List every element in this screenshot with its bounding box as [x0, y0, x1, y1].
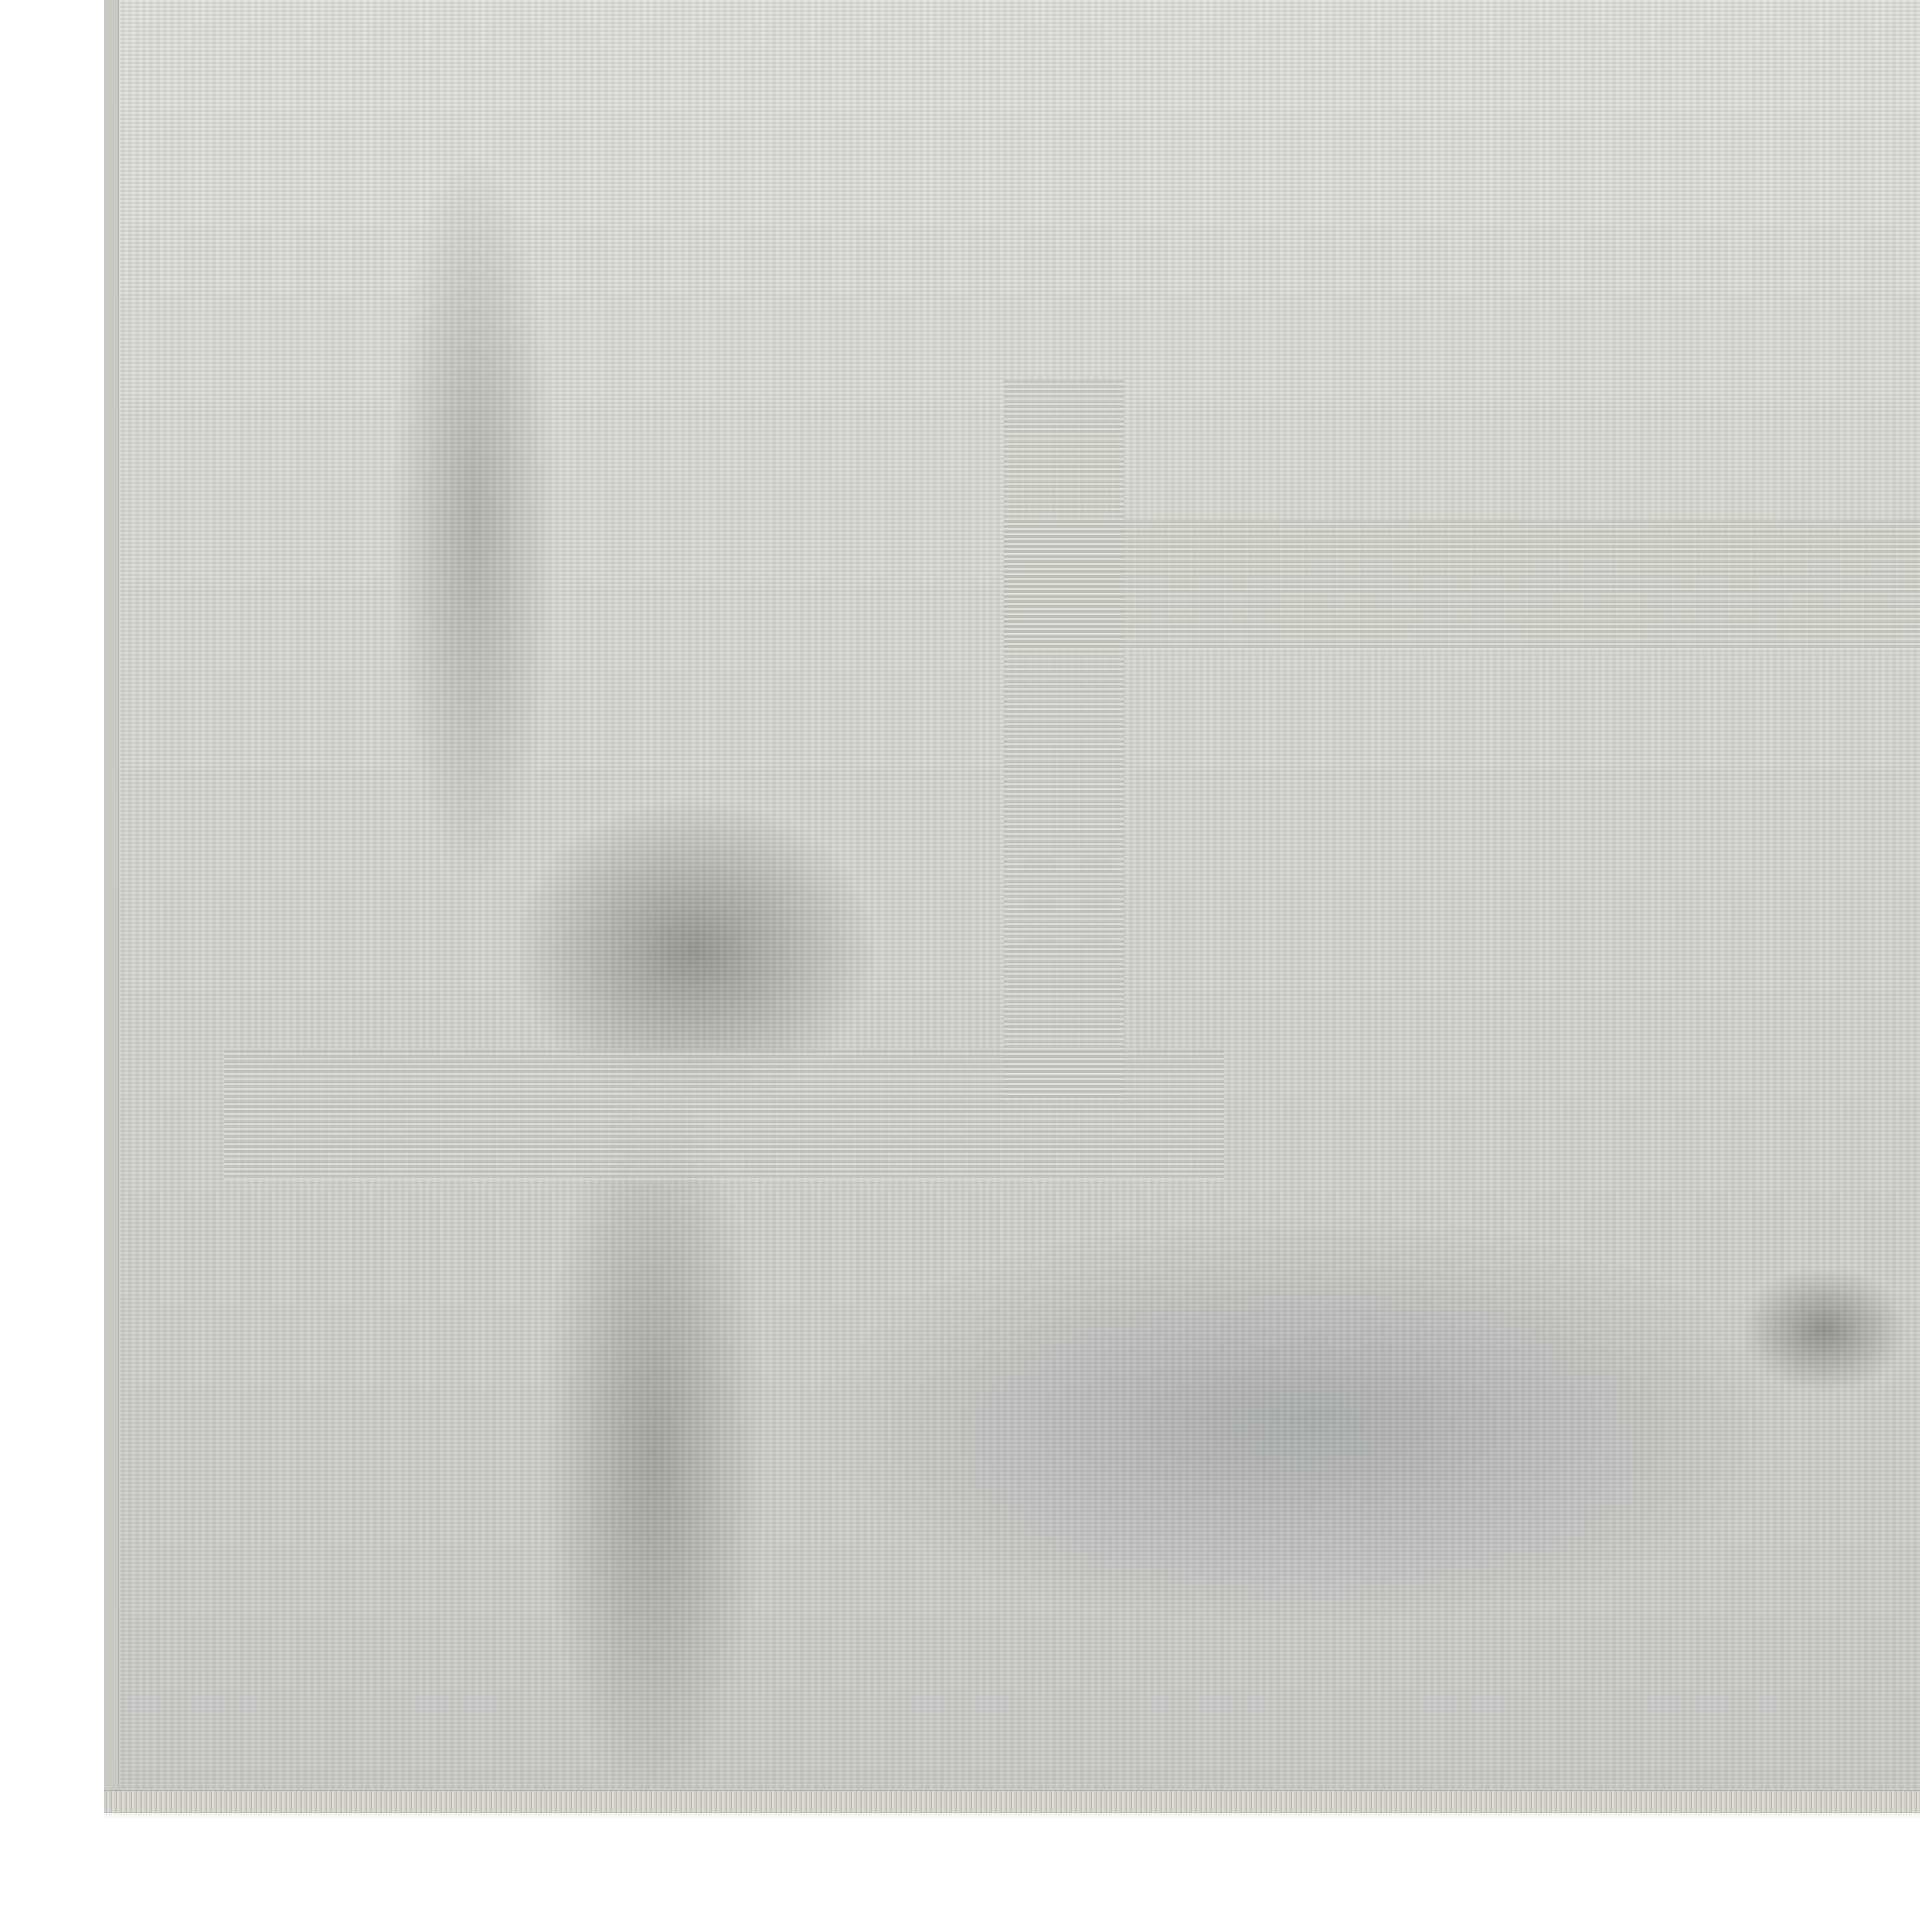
ribbed-band: [1004, 380, 1124, 1100]
rug-side-binding: [104, 0, 119, 1790]
rug-photo: [104, 0, 1920, 1790]
rug-shadow: [104, 1812, 1920, 1820]
rug-fringe: [104, 1790, 1920, 1813]
ribbed-band: [1004, 520, 1920, 650]
